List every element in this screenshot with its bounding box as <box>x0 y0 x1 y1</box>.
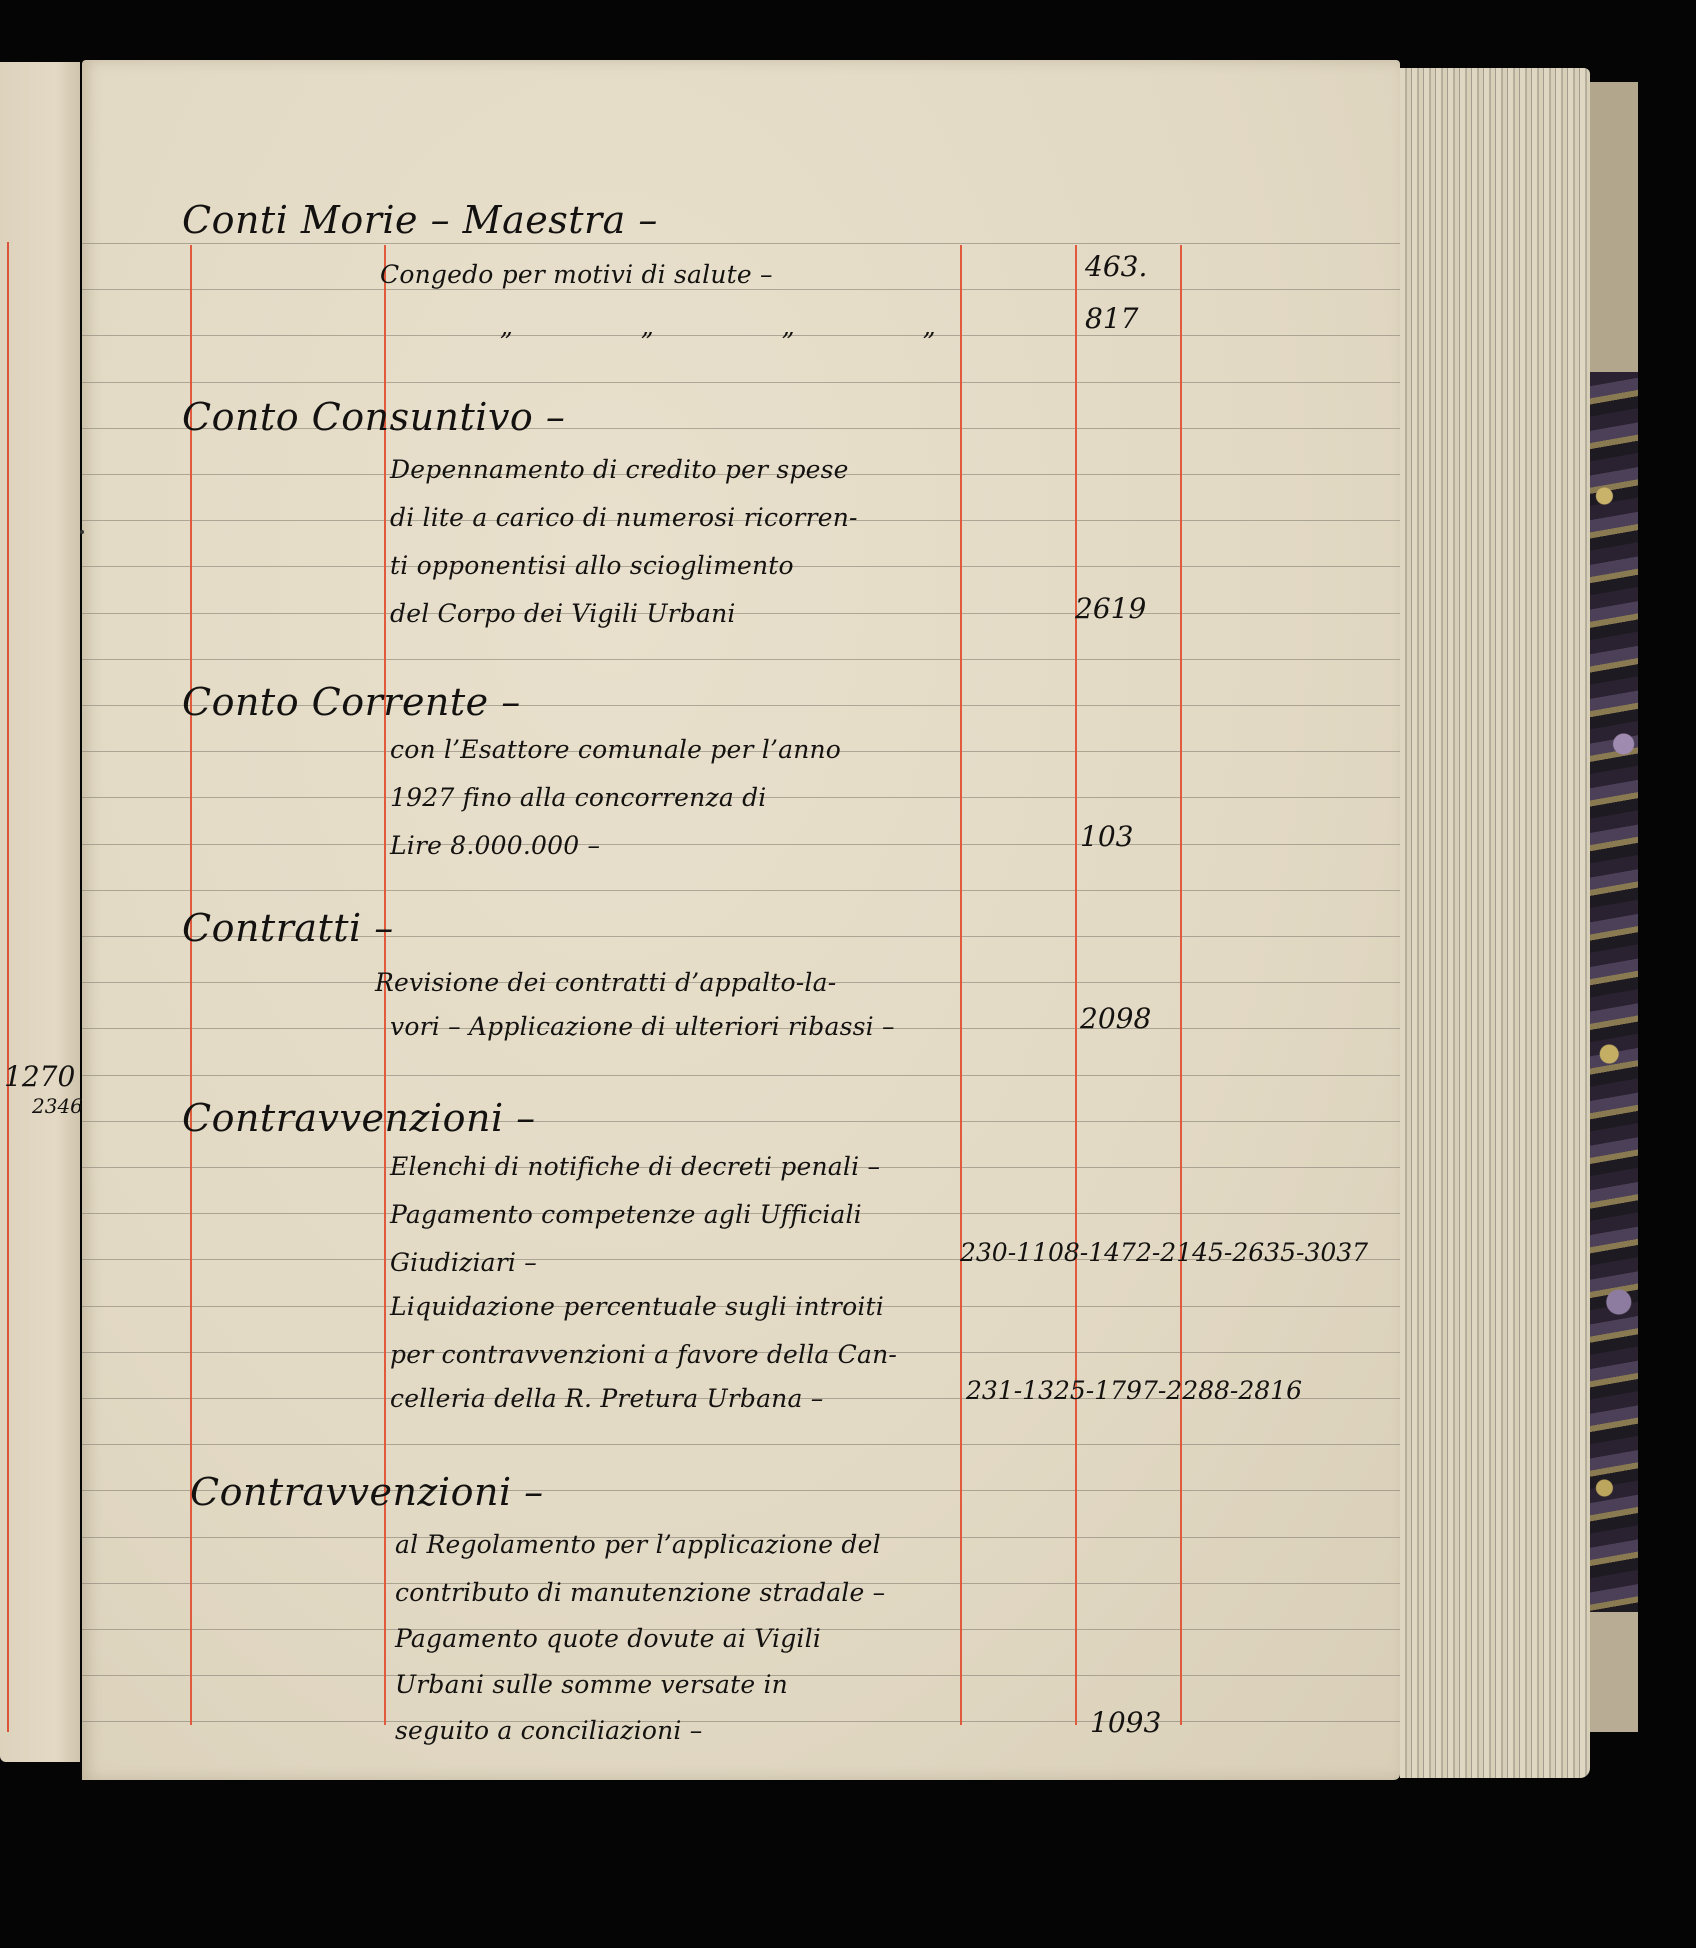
ruled-line <box>82 844 1400 845</box>
entry-ref: 2619 <box>1075 592 1146 625</box>
binding-hole <box>80 530 84 534</box>
entry-line: Depennamento di credito per spese <box>390 455 849 484</box>
left-page-red-rule <box>7 242 9 1732</box>
red-column-ref-c <box>1180 245 1182 1725</box>
entry-line: Urbani sulle somme versate in <box>395 1670 788 1699</box>
ruled-line <box>82 1075 1400 1076</box>
entry-heading: Conto Consuntivo – <box>182 395 565 439</box>
entry-heading: Contravvenzioni – <box>190 1470 544 1514</box>
entry-line: Pagamento competenze agli Ufficiali <box>390 1200 862 1229</box>
entry-refs-list: 230-1108-1472-2145-2635-3037 <box>960 1238 1368 1267</box>
entry-ref: 103 <box>1080 820 1133 853</box>
ruled-line <box>82 243 1400 244</box>
entry-line: al Regolamento per l’applicazione del <box>395 1530 881 1559</box>
red-column-ref-a <box>960 245 962 1725</box>
ruled-line <box>82 890 1400 891</box>
red-column-ref-b <box>1075 245 1077 1725</box>
entry-ref: 463. <box>1085 250 1147 283</box>
ruled-line <box>82 289 1400 290</box>
entry-line: Congedo per motivi di salute – <box>380 260 773 289</box>
entry-ref: 1093 <box>1090 1706 1161 1739</box>
entry-line: per contravvenzioni a favore della Can- <box>390 1340 897 1369</box>
entry-line: Elenchi di notifiche di decreti penali – <box>390 1152 880 1181</box>
page-stack-edge <box>1400 68 1590 1778</box>
ruled-line <box>82 613 1400 614</box>
entry-line: 1927 fino alla concorrenza di <box>390 783 767 812</box>
ruled-line <box>82 1444 1400 1445</box>
entry-line: Pagamento quote dovute ai Vigili <box>395 1624 821 1653</box>
entry-line: con l’Esattore comunale per l’anno <box>390 735 841 764</box>
entry-ref: 2098 <box>1080 1002 1151 1035</box>
ruled-line <box>82 659 1400 660</box>
cover-vellum-bottom <box>1590 1612 1638 1732</box>
margin-note-top: 1270 <box>4 1060 75 1093</box>
cover-vellum-corner <box>1590 82 1638 372</box>
entry-line: del Corpo dei Vigili Urbani <box>390 599 736 628</box>
entry-line: Liquidazione percentuale sugli introiti <box>390 1292 884 1321</box>
left-page-edge <box>0 62 80 1762</box>
entry-line: seguito a conciliazioni – <box>395 1716 702 1745</box>
ruled-line <box>82 1721 1400 1722</box>
entry-line: vori – Applicazione di ulteriori ribassi… <box>390 1012 895 1041</box>
entry-line: „ „ „ „ <box>500 312 996 341</box>
entry-heading: Conti Morie – Maestra – <box>182 198 658 242</box>
entry-line: celleria della R. Pretura Urbana – <box>390 1384 823 1413</box>
entry-line: contributo di manutenzione stradale – <box>395 1578 885 1607</box>
entry-line: Giudiziari – <box>390 1248 537 1277</box>
entry-line: Lire 8.000.000 – <box>390 831 600 860</box>
ruled-line <box>82 382 1400 383</box>
margin-note-bottom: 2346 <box>32 1094 83 1118</box>
entry-heading: Contravvenzioni – <box>182 1096 536 1140</box>
entry-line: di lite a carico di numerosi ricorren- <box>390 503 858 532</box>
cover-marbled-board <box>1590 372 1638 1612</box>
entry-line: ti opponentisi allo scioglimento <box>390 551 794 580</box>
entry-heading: Conto Corrente – <box>182 680 521 724</box>
entry-line: Revisione dei contratti d’appalto-la- <box>375 968 836 997</box>
entry-refs-list: 231-1325-1797-2288-2816 <box>966 1376 1302 1405</box>
entry-heading: Contratti – <box>182 906 394 950</box>
entry-ref: 817 <box>1085 302 1138 335</box>
